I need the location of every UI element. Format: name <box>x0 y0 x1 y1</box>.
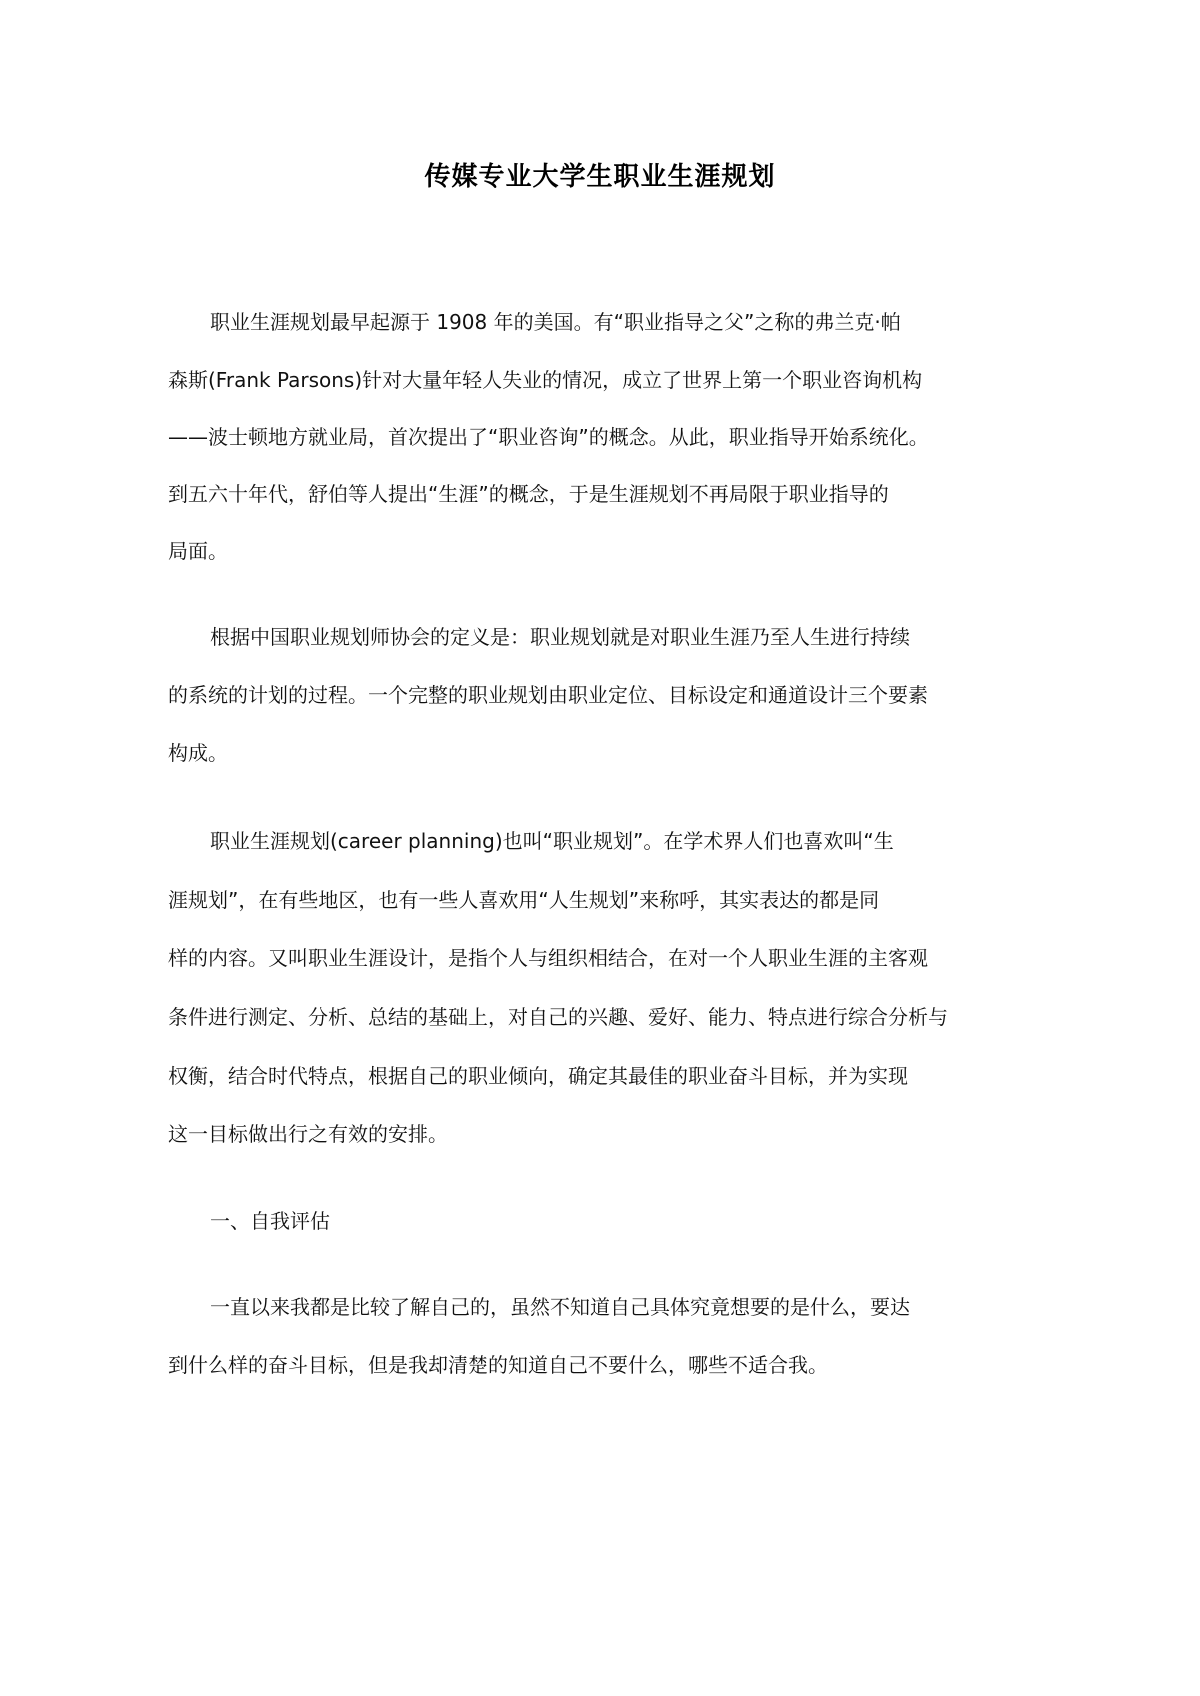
paragraph-line: 局面。 <box>168 537 228 565</box>
paragraph-line: 职业生涯规划最早起源于 1908 年的美国。有“职业指导之父”之称的弗兰克·帕 <box>210 308 901 336</box>
document-page: 传媒专业大学生职业生涯规划 职业生涯规划最早起源于 1908 年的美国。有“职业… <box>0 0 1200 1696</box>
paragraph-line: 这一目标做出行之有效的安排。 <box>168 1120 448 1148</box>
section-heading: 一、自我评估 <box>210 1207 330 1235</box>
paragraph-line: 一直以来我都是比较了解自己的，虽然不知道自己具体究竟想要的是什么，要达 <box>210 1293 910 1321</box>
paragraph-line: 的系统的计划的过程。一个完整的职业规划由职业定位、目标设定和通道设计三个要素 <box>168 681 928 709</box>
paragraph-line: 根据中国职业规划师协会的定义是：职业规划就是对职业生涯乃至人生进行持续 <box>210 623 910 651</box>
paragraph-line: 权衡，结合时代特点，根据自己的职业倾向，确定其最佳的职业奋斗目标，并为实现 <box>168 1062 908 1090</box>
paragraph-line: 森斯(Frank Parsons)针对大量年轻人失业的情况，成立了世界上第一个职… <box>168 366 922 394</box>
paragraph-line: 涯规划”，在有些地区，也有一些人喜欢用“人生规划”来称呼，其实表达的都是同 <box>168 886 879 914</box>
paragraph-line: 到五六十年代，舒伯等人提出“生涯”的概念，于是生涯规划不再局限于职业指导的 <box>168 480 889 508</box>
paragraph-line: 职业生涯规划(career planning)也叫“职业规划”。在学术界人们也喜… <box>210 827 894 855</box>
paragraph-line: 到什么样的奋斗目标，但是我却清楚的知道自己不要什么，哪些不适合我。 <box>168 1351 828 1379</box>
document-title: 传媒专业大学生职业生涯规划 <box>0 160 1200 194</box>
paragraph-line: 构成。 <box>168 739 228 767</box>
paragraph-line: 条件进行测定、分析、总结的基础上，对自己的兴趣、爱好、能力、特点进行综合分析与 <box>168 1003 948 1031</box>
paragraph-line: 样的内容。又叫职业生涯设计，是指个人与组织相结合，在对一个人职业生涯的主客观 <box>168 944 928 972</box>
paragraph-line: ——波士顿地方就业局，首次提出了“职业咨询”的概念。从此，职业指导开始系统化。 <box>168 423 929 451</box>
